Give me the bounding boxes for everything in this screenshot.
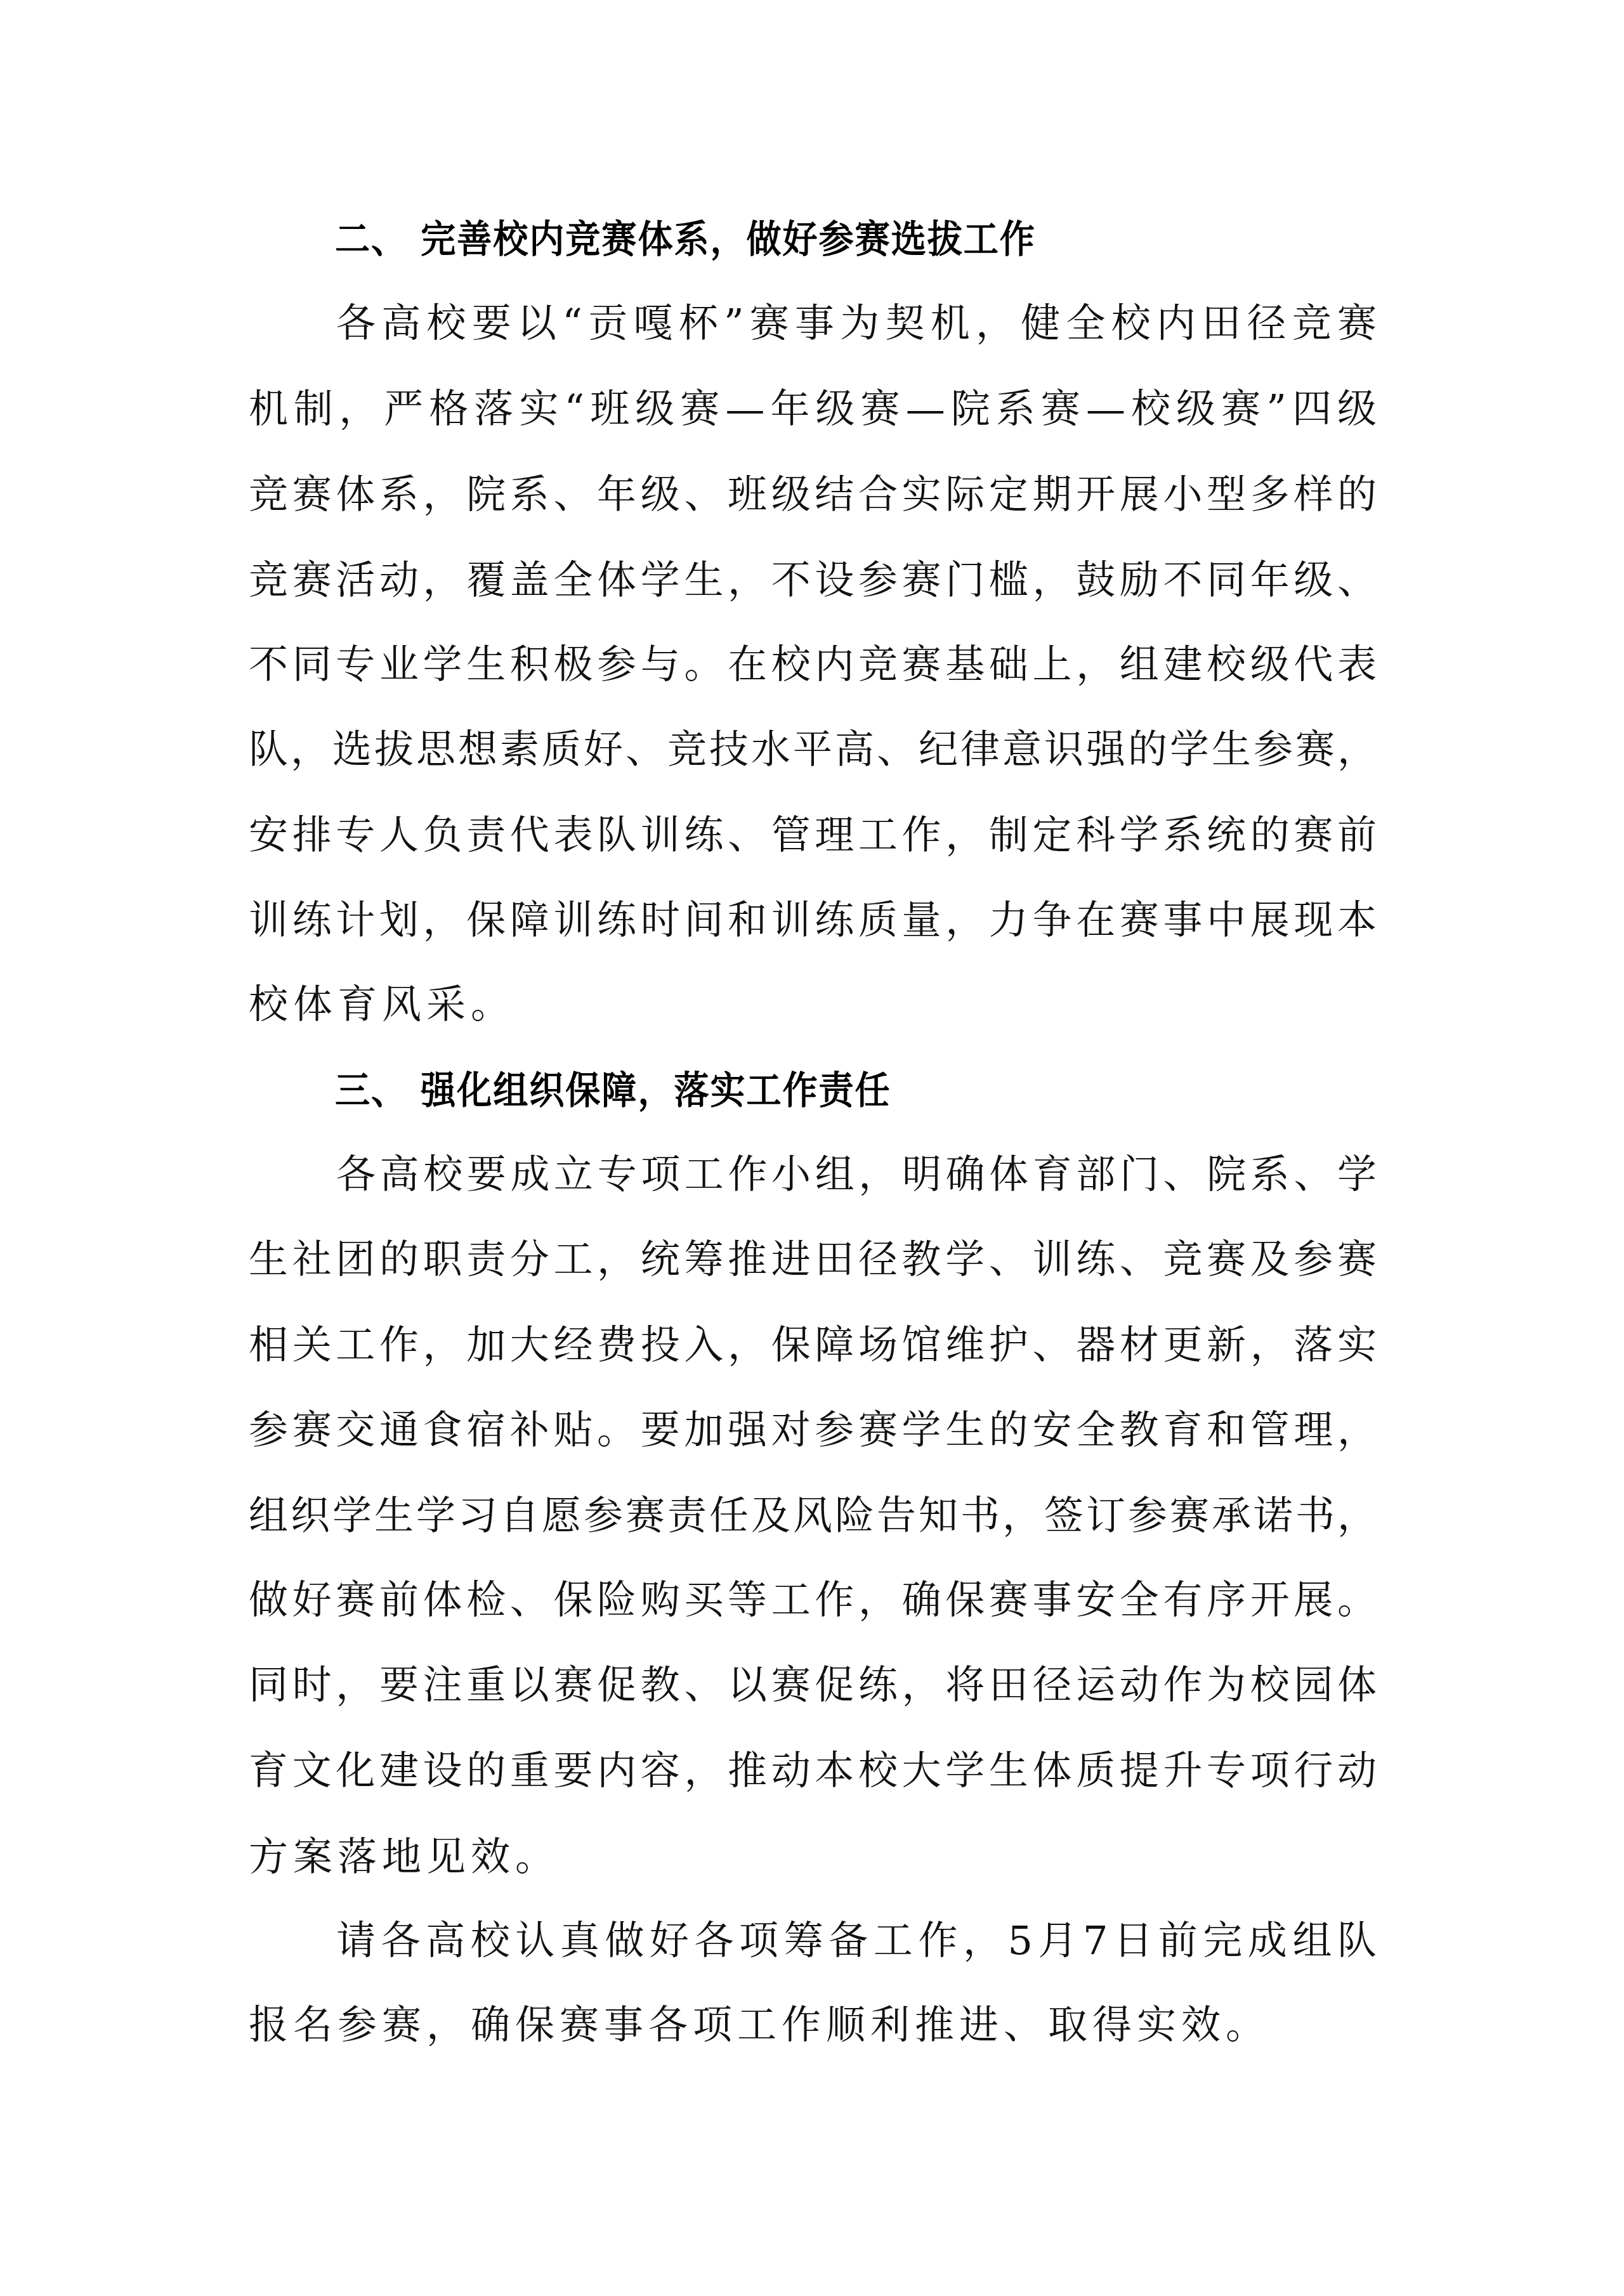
closing-line: 报名参赛，确保赛事各项工作顺利推进、取得实效。 (249, 2000, 1377, 2051)
paragraph-line: 训练计划，保障训练时间和训练质量，力争在赛事中展现本 (249, 895, 1377, 946)
document-page: 二、 完善校内竞赛体系，做好参赛选拔工作 各高校要以“贡嘎杯”赛事为契机，健全校… (0, 0, 1624, 2296)
paragraph-line: 组织学生学习自愿参赛责任及风险告知书，签订参赛承诺书， (249, 1490, 1377, 1541)
section-heading-3: 三、 强化组织保障，落实工作责任 (335, 1066, 891, 1116)
paragraph-line: 参赛交通食宿补贴。要加强对参赛学生的安全教育和管理， (249, 1405, 1377, 1456)
paragraph-line: 生社团的职责分工，统筹推进田径教学、训练、竞赛及参赛 (249, 1234, 1377, 1285)
paragraph-line: 各高校要以“贡嘎杯”赛事为契机，健全校内田径竞赛 (336, 298, 1377, 349)
paragraph-line: 不同专业学生积极参与。在校内竞赛基础上，组建校级代表 (249, 639, 1377, 690)
paragraph-line: 方案落地见效。 (249, 1832, 1377, 1882)
closing-line: 请各高校认真做好各项筹备工作，5月7日前完成组队 (336, 1915, 1377, 1966)
paragraph-line: 校体育风采。 (249, 979, 1377, 1030)
paragraph-line: 安排专人负责代表队训练、管理工作，制定科学系统的赛前 (249, 810, 1377, 861)
paragraph-line: 各高校要成立专项工作小组，明确体育部门、院系、学 (336, 1149, 1377, 1200)
paragraph-line: 竞赛体系，院系、年级、班级结合实际定期开展小型多样的 (249, 469, 1377, 520)
section-heading-2: 二、 完善校内竞赛体系，做好参赛选拔工作 (335, 214, 1036, 265)
paragraph-line: 竞赛活动，覆盖全体学生，不设参赛门槛，鼓励不同年级、 (249, 555, 1377, 606)
paragraph-line: 同时，要注重以赛促教、以赛促练，将田径运动作为校园体 (249, 1660, 1377, 1711)
paragraph-line: 做好赛前体检、保险购买等工作，确保赛事安全有序开展。 (249, 1575, 1377, 1626)
paragraph-line: 队，选拔思想素质好、竞技水平高、纪律意识强的学生参赛， (249, 724, 1377, 775)
paragraph-line: 机制，严格落实“班级赛—年级赛—院系赛—校级赛”四级 (249, 384, 1377, 434)
paragraph-line: 育文化建设的重要内容，推动本校大学生体质提升专项行动 (249, 1745, 1377, 1796)
paragraph-line: 相关工作，加大经费投入，保障场馆维护、器材更新，落实 (249, 1320, 1377, 1371)
